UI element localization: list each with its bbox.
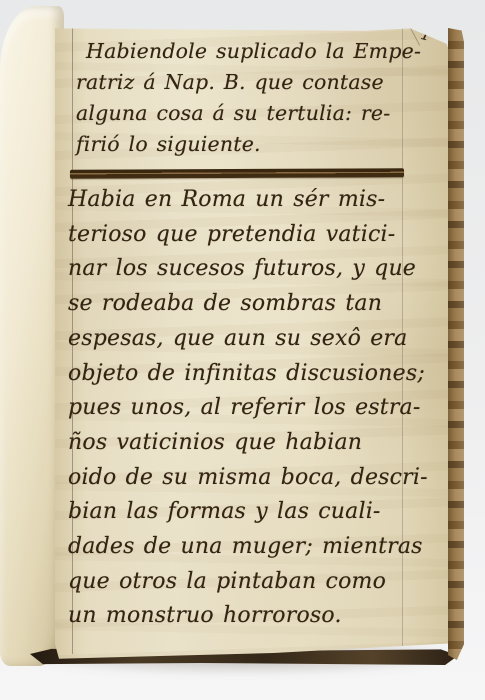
- body-paragraph: Habia en Roma un sér mis-terioso que pre…: [68, 183, 428, 634]
- manuscript-line: oido de su misma boca, descri-: [68, 461, 428, 496]
- manuscript-line: que otros la pintaban como: [68, 565, 428, 600]
- manuscript-line: Habia en Roma un sér mis-: [68, 183, 428, 218]
- manuscript-line: nar los sucesos futuros, y que: [68, 252, 428, 287]
- manuscript-page: 1 Habiendole suplicado la Empe-ratriz á …: [55, 22, 452, 660]
- manuscript-line: pues unos, al referir los estra-: [68, 391, 428, 426]
- book-fore-edge: [448, 28, 464, 660]
- manuscript-line: bian las formas y las cuali-: [68, 495, 428, 530]
- manuscript-line: ratriz á Nap. B. que contase: [76, 67, 421, 98]
- manuscript-line: espesas, que aun su sexô era: [68, 322, 428, 357]
- header-paragraph: Habiendole suplicado la Empe-ratriz á Na…: [76, 36, 421, 160]
- manuscript-line: alguna cosa á su tertulia: re-: [76, 98, 421, 129]
- manuscript-line: ños vaticinios que habian: [68, 426, 428, 461]
- manuscript-line: firió lo siguiente.: [76, 129, 421, 160]
- manuscript-line: objeto de infinitas discusiones;: [68, 357, 428, 392]
- manuscript-line: dades de una muger; mientras: [68, 530, 428, 565]
- manuscript-line: un monstruo horroroso.: [68, 599, 428, 634]
- section-divider-rule: [70, 168, 404, 178]
- book-photograph: 1 Habiendole suplicado la Empe-ratriz á …: [0, 0, 485, 700]
- manuscript-line: Habiendole suplicado la Empe-: [76, 36, 421, 67]
- previous-page-curl: [0, 6, 64, 666]
- manuscript-line: se rodeaba de sombras tan: [68, 287, 428, 322]
- manuscript-line: terioso que pretendia vatici-: [68, 218, 428, 253]
